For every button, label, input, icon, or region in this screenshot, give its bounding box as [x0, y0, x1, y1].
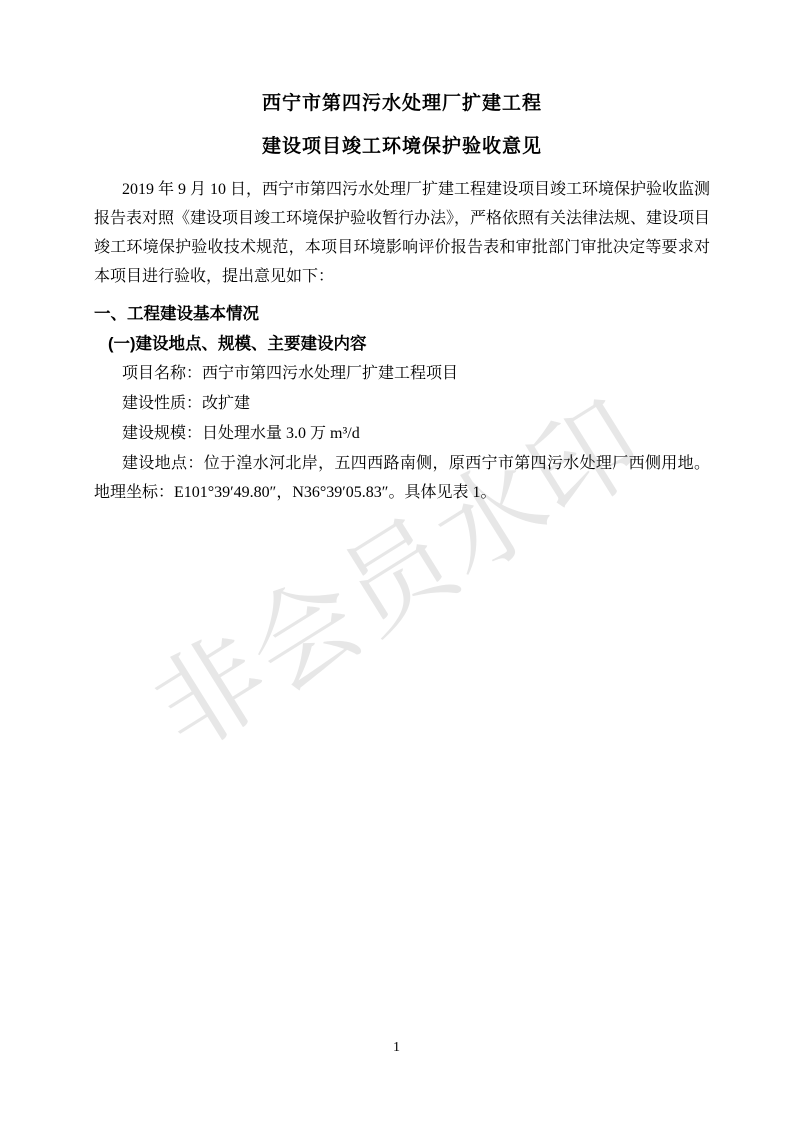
intro-paragraph: 2019 年 9 月 10 日，西宁市第四污水处理厂扩建工程建设项目竣工环境保护… [94, 175, 710, 291]
document-page: 非会员水印 西宁市第四污水处理厂扩建工程 建设项目竣工环境保护验收意见 2019… [0, 0, 793, 1122]
construction-scale-line: 建设规模：日处理水量 3.0 万 m³/d [94, 419, 710, 449]
document-title-line2: 建设项目竣工环境保护验收意见 [94, 136, 710, 158]
construction-nature-line: 建设性质：改扩建 [94, 389, 710, 419]
project-name-line: 项目名称：西宁市第四污水处理厂扩建工程项目 [94, 359, 710, 389]
construction-location-paragraph: 建设地点：位于湟水河北岸，五四西路南侧，原西宁市第四污水处理厂西侧用地。地理坐标… [94, 449, 710, 507]
document-content: 西宁市第四污水处理厂扩建工程 建设项目竣工环境保护验收意见 2019 年 9 月… [0, 0, 793, 507]
subsection-heading-1-1: (一)建设地点、规模、主要建设内容 [94, 329, 710, 359]
section-heading-1: 一、工程建设基本情况 [94, 300, 710, 329]
page-number: 1 [0, 1040, 793, 1056]
document-title-line1: 西宁市第四污水处理厂扩建工程 [94, 93, 710, 115]
